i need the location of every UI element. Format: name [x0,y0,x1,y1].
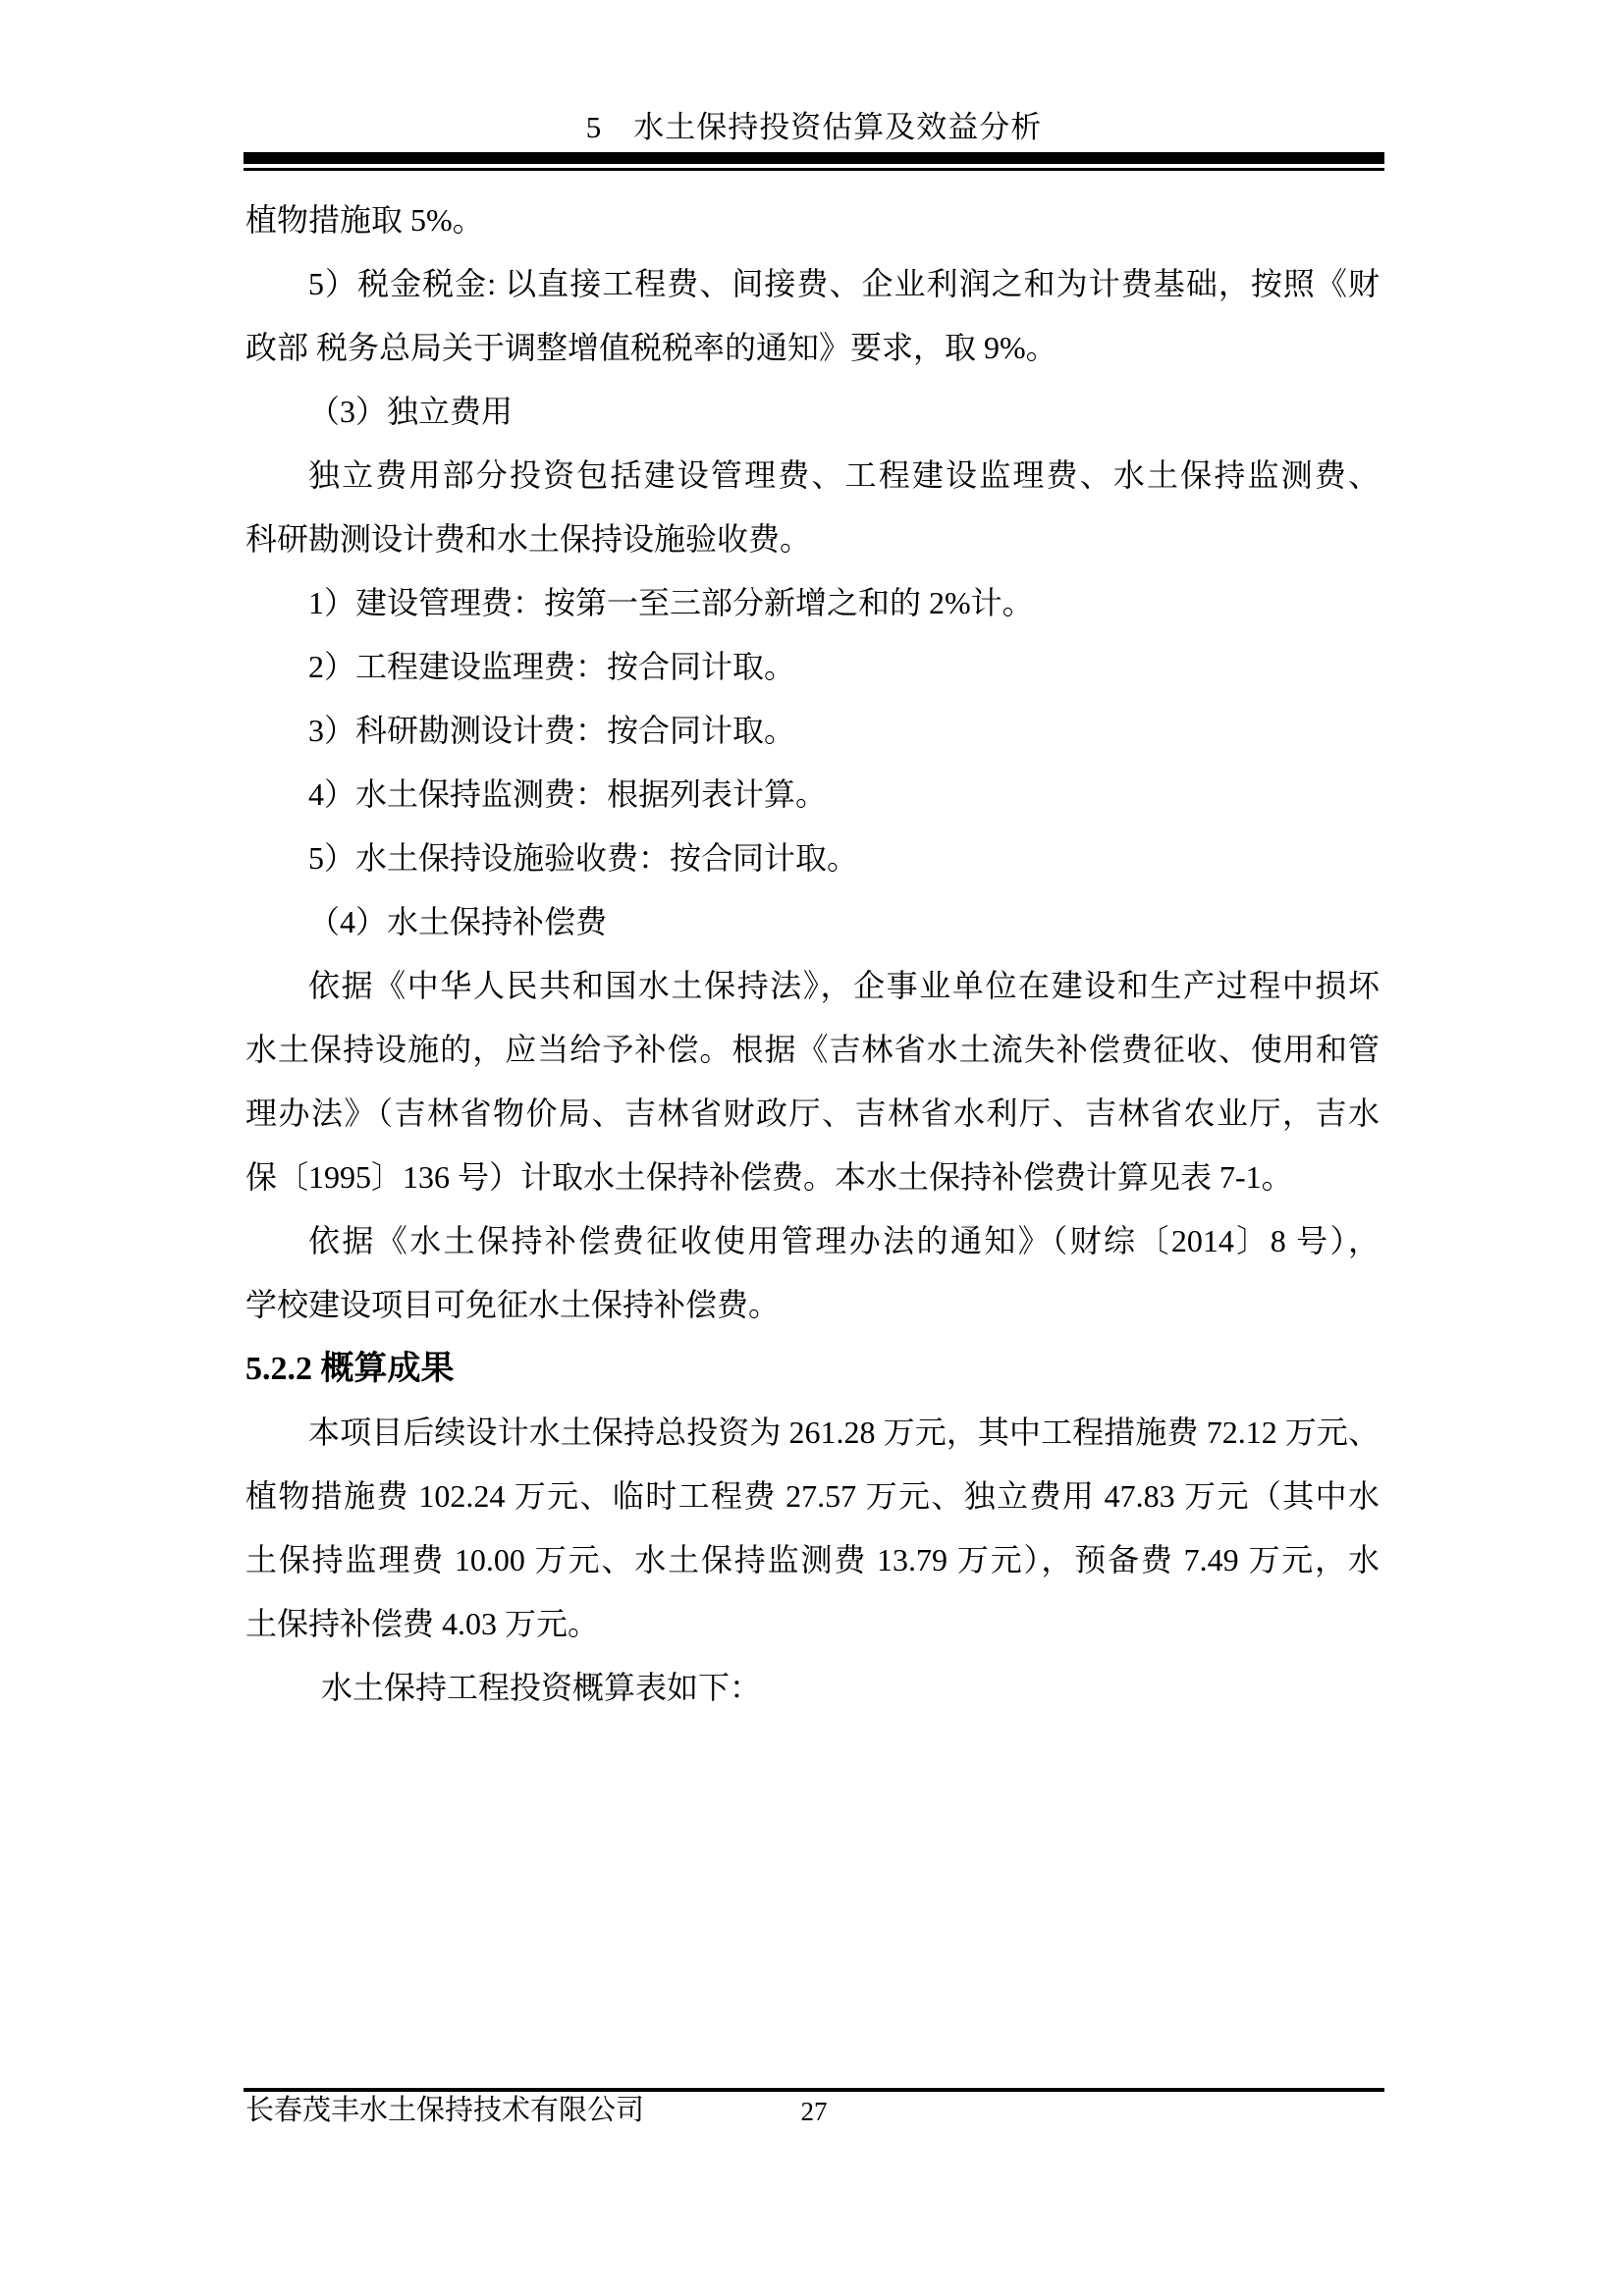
body-line: 水土保持设施的，应当给予补偿。根据《吉林省水土流失补偿费征收、使用和管 [245,1018,1380,1082]
body-line: 4）水土保持监测费：根据列表计算。 [245,763,1380,827]
body-line: （4）水土保持补偿费 [245,890,1380,954]
body-line: 理办法》（吉林省物价局、吉林省财政厅、吉林省水利厅、吉林省农业厅，吉水 [245,1082,1380,1146]
body-line: 依据《中华人民共和国水土保持法》，企事业单位在建设和生产过程中损坏 [245,954,1380,1018]
body-line: 植物措施费 102.24 万元、临时工程费 27.57 万元、独立费用 47.8… [245,1465,1380,1528]
body-line: （3）独立费用 [245,380,1380,444]
footer-page-number: 27 [245,2097,1382,2126]
body-line: 植物措施取 5%。 [245,188,1380,252]
header-rule-thick [244,152,1384,164]
body-line: 政部 税务总局关于调整增值税税率的通知》要求，取 9%。 [245,316,1380,380]
page-header-chapter-title: 5 水土保持投资估算及效益分析 [245,108,1382,147]
body-line: 土保持监理费 10.00 万元、水土保持监测费 13.79 万元），预备费 7.… [245,1528,1380,1592]
body-line: 水土保持工程投资概算表如下： [245,1656,1380,1720]
body-line: 学校建设项目可免征水土保持补偿费。 [245,1273,1380,1337]
body-line: 2）工程建设监理费：按合同计取。 [245,635,1380,699]
body-text: 植物措施取 5%。5）税金税金: 以直接工程费、间接费、企业利润之和为计费基础，… [245,188,1380,1720]
body-line: 5）水土保持设施验收费：按合同计取。 [245,827,1380,890]
body-line: 土保持补偿费 4.03 万元。 [245,1592,1380,1656]
body-line: 1）建设管理费：按第一至三部分新增之和的 2%计。 [245,571,1380,635]
body-line: 3）科研勘测设计费：按合同计取。 [245,699,1380,763]
body-line: 保〔1995〕136 号）计取水土保持补偿费。本水土保持补偿费计算见表 7-1。 [245,1146,1380,1209]
body-line: 依据《水土保持补偿费征收使用管理办法的通知》（财综〔2014〕8 号）， [245,1209,1380,1273]
body-line: 本项目后续设计水土保持总投资为 261.28 万元，其中工程措施费 72.12 … [245,1401,1380,1465]
section-heading: 5.2.2 概算成果 [245,1337,1380,1401]
footer-rule [244,2088,1384,2092]
body-line: 科研勘测设计费和水土保持设施验收费。 [245,507,1380,571]
body-line: 5）税金税金: 以直接工程费、间接费、企业利润之和为计费基础，按照《财 [245,252,1380,316]
body-line: 独立费用部分投资包括建设管理费、工程建设监理费、水土保持监测费、 [245,444,1380,507]
document-page: 5 水土保持投资估算及效益分析 植物措施取 5%。5）税金税金: 以直接工程费、… [0,0,1624,2296]
header-rule-thin [244,168,1384,171]
